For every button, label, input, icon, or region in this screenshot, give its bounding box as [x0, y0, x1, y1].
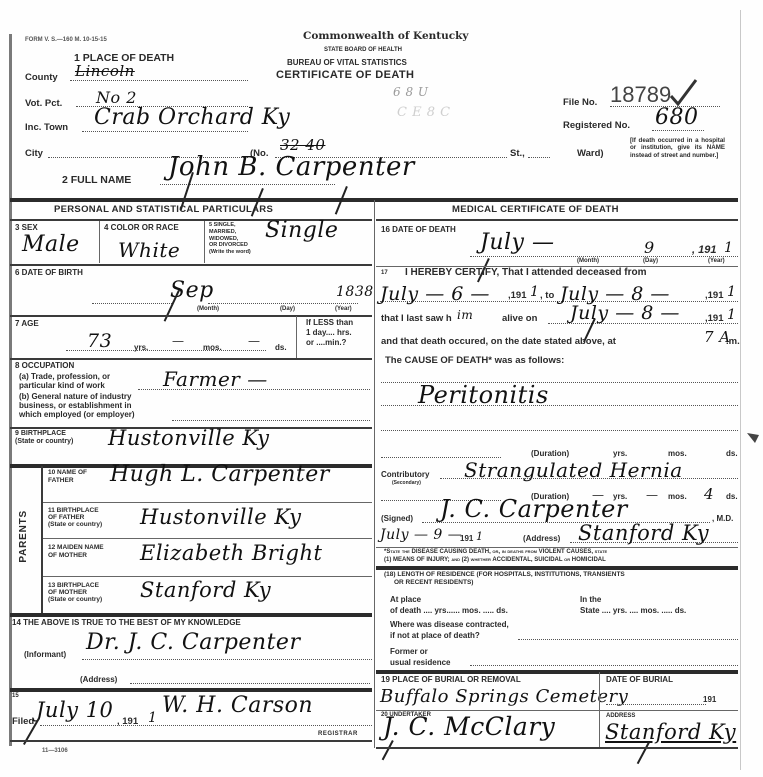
- where-contracted-label: Where was disease contracted, if not at …: [390, 619, 509, 641]
- left-border: [9, 34, 12, 746]
- personal-particulars-heading: PERSONAL AND STATISTICAL PARTICULARS: [54, 204, 273, 215]
- age-label: 7 AGE: [15, 319, 39, 328]
- father-birthplace-label: 11 BIRTHPLACE OF FATHER (State or countr…: [48, 507, 102, 529]
- mother-birthplace-value: Stanford Ky: [140, 578, 271, 602]
- inc-town-label: Inc. Town: [25, 122, 68, 133]
- checkmark-icon: [668, 78, 698, 108]
- informant-address-label: (Address): [80, 675, 117, 684]
- hospital-note: [If death occurred in a hospital or inst…: [630, 137, 725, 159]
- undertaker-address-value: Stanford Ky: [605, 720, 736, 744]
- certify-statement: I HEREBY CERTIFY, That I attended deceas…: [405, 267, 647, 278]
- vot-pct-label: Vot. Pct.: [25, 98, 62, 109]
- death-occurred-label: and that death occured, on the date stat…: [381, 336, 616, 347]
- contributory-label: Contributory: [381, 470, 429, 479]
- mother-birthplace-label: 13 BIRTHPLACE OF MOTHER (State or countr…: [48, 582, 102, 604]
- physician-address-label: (Address): [523, 534, 560, 543]
- occupation-value: Farmer —: [163, 367, 268, 391]
- full-name-value: John B. Carpenter: [168, 152, 415, 182]
- page-edge-marker: [747, 433, 759, 445]
- undertaker-value: J. C. McClary: [383, 712, 555, 741]
- sex-label: 3 SEX: [15, 223, 38, 232]
- county-label: County: [25, 72, 58, 83]
- mother-name-label: 12 MAIDEN NAME OF MOTHER: [48, 544, 104, 559]
- pencil-note-1: 6 8 U: [393, 85, 429, 99]
- race-label: 4 COLOR OR RACE: [104, 223, 179, 232]
- pencil-note-2: C E 8 C: [397, 105, 451, 120]
- birthplace-value: Hustonville Ky: [108, 426, 270, 450]
- occupation-b-label: (b) General nature of industry business,…: [19, 392, 135, 419]
- date-of-birth-label: 6 DATE OF BIRTH: [15, 268, 83, 277]
- age-days-value: —: [248, 334, 261, 348]
- former-residence-label: Former or usual residence: [390, 646, 450, 668]
- father-birthplace-value: Hustonville Ky: [140, 505, 302, 529]
- occupation-a-label: (a) Trade, profession, or particular kin…: [19, 372, 110, 390]
- birthplace-label: 9 BIRTHPLACE (State or country): [15, 430, 73, 445]
- registrar-label: REGISTRAR: [318, 731, 358, 737]
- board-of-health: STATE BOARD OF HEALTH: [324, 47, 402, 53]
- residence-in-state: In the State .... yrs. .... mos. ..... d…: [580, 594, 686, 616]
- death-day-value: 9: [644, 238, 655, 257]
- alive-on-value: July — 8 —: [570, 302, 680, 324]
- death-certificate: FORM V. S.—160 M. 10-15-15 Commonwealth …: [0, 0, 763, 777]
- registrar-signature: W. H. Carson: [162, 693, 313, 718]
- dob-year-value: 1838: [336, 284, 374, 300]
- mother-name-value: Elizabeth Bright: [140, 541, 322, 565]
- contributory-duration-days: 4: [704, 485, 714, 503]
- certificate-title: CERTIFICATE OF DEATH: [276, 69, 414, 81]
- race-value: White: [118, 238, 180, 262]
- county-value: Lincoln: [75, 62, 135, 80]
- bureau-of-vital-statistics: BUREAU OF VITAL STATISTICS: [287, 58, 407, 67]
- signed-label: (Signed): [381, 514, 413, 523]
- father-name-value: Hugh L. Carpenter: [110, 462, 330, 487]
- occupation-label: 8 OCCUPATION: [15, 361, 74, 370]
- medical-certificate-heading: MEDICAL CERTIFICATE OF DEATH: [452, 204, 619, 215]
- last-saw-label: that I last saw h: [381, 313, 452, 324]
- street-label: St.,: [510, 148, 525, 159]
- burial-place-label: 19 PLACE OF BURIAL OR REMOVAL: [381, 675, 521, 684]
- burial-date-label: DATE OF BURIAL: [606, 675, 673, 684]
- registered-no-label: Registered No.: [563, 120, 630, 131]
- cause-footnote: *State the DISEASE CAUSING DEATH, or, in…: [384, 549, 607, 564]
- informant-value: Dr. J. C. Carpenter: [86, 630, 300, 655]
- commonwealth-title: Commonwealth of Kentucky: [303, 30, 469, 42]
- ward-label: Ward): [577, 148, 604, 159]
- form-number: 11—3106: [42, 748, 68, 754]
- undertaker-address-label: ADDRESS: [606, 713, 635, 719]
- marital-status-label: 5 SINGLE, MARRIED, WIDOWED, OR DIVORCED …: [209, 222, 251, 256]
- inc-town-value: Crab Orchard Ky: [94, 105, 290, 130]
- burial-date-year: 191: [703, 695, 716, 704]
- burial-place-value: Buffalo Springs Cemetery: [380, 686, 628, 707]
- registered-no-value: 680: [655, 105, 699, 130]
- sex-value: Male: [22, 232, 80, 257]
- form-code: FORM V. S.—160 M. 10-15-15: [25, 37, 107, 43]
- father-name-label: 10 NAME OF FATHER: [48, 469, 87, 484]
- marital-status-value: Single: [265, 218, 338, 243]
- informant-label: (Informant): [24, 650, 66, 659]
- less-than-day-label: If LESS than 1 day.... hrs. or ....min.?: [306, 318, 353, 348]
- full-name-label: 2 FULL NAME: [62, 174, 131, 186]
- informant-statement: 14 THE ABOVE IS TRUE TO THE BEST OF MY K…: [12, 618, 241, 627]
- residence-heading: (18) LENGTH OF RESIDENCE (FOR HOSPITALS,…: [384, 571, 625, 586]
- date-of-death-label: 16 DATE OF DEATH: [381, 225, 456, 234]
- age-years-value: 73: [87, 330, 112, 352]
- city-label: City: [25, 148, 43, 159]
- signed-date-value: July — 9 —: [380, 527, 462, 543]
- age-months-value: —: [172, 334, 185, 348]
- residence-at-place-of-death: At place of death .... yrs...... mos. ..…: [390, 594, 508, 616]
- death-month-value: July —: [480, 230, 554, 255]
- filed-label: Filed: [12, 716, 34, 727]
- filed-date-value: July 10: [36, 698, 113, 722]
- cause-of-death-label: The CAUSE OF DEATH* was as follows:: [385, 355, 564, 366]
- right-edge: [740, 10, 741, 770]
- parents-section-label: PARENTS: [18, 510, 29, 563]
- file-no-label: File No.: [563, 97, 597, 108]
- physician-signature: J. C. Carpenter: [440, 495, 628, 523]
